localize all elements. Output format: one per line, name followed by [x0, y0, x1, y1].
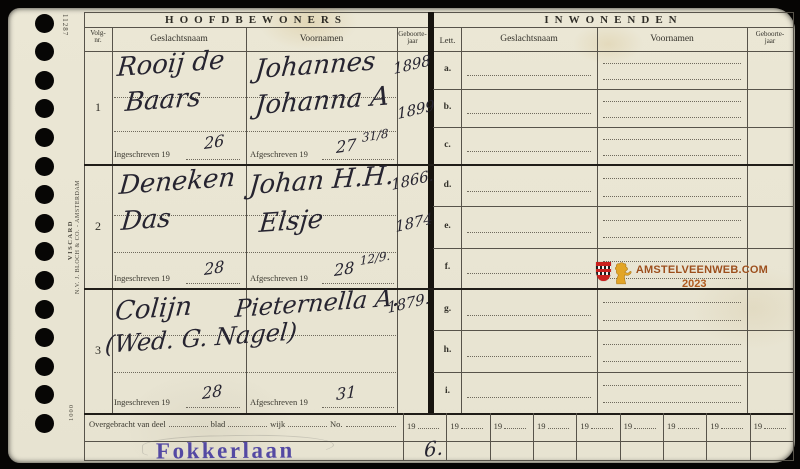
lett-label: i. — [434, 386, 461, 396]
header-volgnr-line2: nr. — [84, 37, 112, 44]
afgeschreven-value: 31 — [336, 384, 356, 403]
punch-hole — [35, 385, 54, 404]
firstnames-handwritten: Johanna A — [254, 83, 390, 119]
grid-line — [793, 12, 794, 461]
ingeschreven-label: Ingeschreven 19 — [114, 149, 170, 159]
volgnr-value: 2 — [86, 219, 110, 234]
punch-hole — [35, 328, 54, 347]
year-cell: 19 — [667, 417, 701, 431]
transfer-label-wijk: wijk — [270, 419, 285, 429]
voornamen-rule — [603, 344, 741, 345]
lett-label: e. — [434, 221, 461, 231]
header-volgnr: Volg- nr. — [84, 30, 112, 45]
punch-hole — [35, 271, 54, 290]
punch-hole — [35, 99, 54, 118]
card-brand: VISCARD — [67, 220, 74, 260]
voornamen-rule — [603, 302, 741, 303]
geslachtsnaam-rule — [467, 113, 591, 114]
year-prefix: 19 — [624, 421, 633, 431]
year-cell: 19 — [580, 417, 614, 431]
lett-label: a. — [434, 64, 461, 74]
year-cell-divider — [490, 413, 491, 460]
header-voornamen-left: Voornamen — [246, 35, 397, 45]
afgeschreven-date: 31/8 — [362, 127, 389, 144]
voornamen-rule — [603, 63, 741, 64]
birthyear-handwritten: 1898 — [393, 53, 431, 77]
voornamen-rule — [603, 385, 741, 386]
voornamen-rule — [603, 220, 741, 221]
grid-line — [597, 27, 598, 413]
year-dots — [764, 428, 786, 429]
ingeschreven-dots — [186, 283, 240, 284]
ingeschreven-value: 28 — [204, 259, 224, 278]
watermark: AMSTELVEENWEB.COM 2023 — [596, 258, 768, 294]
letter-row-separator — [433, 330, 793, 331]
year-cell-divider — [403, 413, 404, 460]
geslachtsnaam-rule — [467, 273, 591, 274]
section-title-hoofdbewoners: HOOFDBEWONERS — [84, 13, 428, 27]
afgeschreven-dots — [322, 159, 394, 160]
header-lett: Lett. — [434, 36, 461, 45]
voornamen-rule — [603, 320, 741, 321]
surname-handwritten: Colijn — [114, 293, 193, 325]
year-dots — [591, 428, 613, 429]
year-prefix: 19 — [667, 421, 676, 431]
year-dots — [461, 428, 483, 429]
year-prefix: 19 — [450, 421, 459, 431]
year-cell: 19 — [407, 417, 441, 431]
afgeschreven-value: 27 — [336, 137, 356, 156]
section-title-inwonenden: INWONENDEN — [434, 13, 793, 27]
voornamen-rule — [603, 79, 741, 80]
punch-hole — [35, 157, 54, 176]
transfer-line: Overgebracht van deel blad wijk No. — [89, 419, 399, 429]
name-rule — [114, 252, 396, 253]
year-prefix: 19 — [710, 421, 719, 431]
year-prefix: 19 — [407, 421, 416, 431]
firstnames-handwritten: Pieternella A. — [234, 285, 401, 321]
punch-hole — [35, 214, 54, 233]
surname-handwritten: Baars — [124, 84, 202, 116]
transfer-label-deel: Overgebracht van deel — [89, 419, 166, 429]
amstelveen-shield-icon — [596, 262, 611, 281]
year-cell: 19 — [450, 417, 484, 431]
year-dots — [418, 428, 440, 429]
stock-number: 1000 — [68, 404, 75, 421]
header-voornamen-right: Voornamen — [597, 35, 747, 45]
ingeschreven-dots — [186, 407, 240, 408]
grid-line — [747, 27, 748, 413]
lett-label: d. — [434, 180, 461, 190]
surname-handwritten: Rooij de — [116, 47, 226, 81]
year-dots — [721, 428, 743, 429]
header-geboortejaar-right: Geboorte- jaar — [747, 31, 793, 46]
ingeschreven-label: Ingeschreven 19 — [114, 273, 170, 283]
grid-line — [84, 12, 85, 460]
afgeschreven-dots — [322, 407, 394, 408]
punch-hole — [35, 128, 54, 147]
afgeschreven-date: 12/9. — [360, 250, 391, 267]
year-cell: 19 — [494, 417, 528, 431]
watermark-year: 2023 — [682, 278, 706, 290]
geslachtsnaam-rule — [467, 397, 591, 398]
header-geboortejaar-right-line2: jaar — [747, 38, 793, 45]
transfer-label-no: No. — [330, 419, 343, 429]
lett-label: g. — [434, 304, 461, 314]
geslachtsnaam-rule — [467, 75, 591, 76]
year-cell-divider — [663, 413, 664, 460]
firstnames-handwritten: Johannes — [254, 48, 377, 83]
geslachtsnaam-rule — [467, 315, 591, 316]
voornamen-rule — [603, 361, 741, 362]
lion-icon — [613, 260, 633, 286]
year-cell: 19 — [710, 417, 744, 431]
serial-number: 11287 — [61, 14, 69, 36]
year-dots — [634, 428, 656, 429]
voornamen-rule — [603, 117, 741, 118]
transfer-label-blad: blad — [211, 419, 226, 429]
letter-row-separator — [433, 372, 793, 373]
ingeschreven-value: 26 — [204, 133, 224, 152]
voornamen-rule — [603, 178, 741, 179]
voornamen-rule — [603, 155, 741, 156]
punch-hole — [35, 71, 54, 90]
voornamen-rule — [603, 196, 741, 197]
grid-line — [84, 12, 793, 13]
lett-label: h. — [434, 345, 461, 355]
lett-label: f. — [434, 262, 461, 272]
afgeschreven-label: Afgeschreven 19 — [250, 397, 308, 407]
firstnames-handwritten: Johan H.H. — [248, 163, 395, 199]
transfer-dots-3 — [288, 426, 327, 427]
punch-hole — [35, 42, 54, 61]
geslachtsnaam-rule — [467, 232, 591, 233]
name-rule — [114, 372, 396, 373]
header-geslachtsnaam-right: Geslachtsnaam — [461, 35, 597, 45]
grid-line — [461, 27, 462, 413]
afgeschreven-label: Afgeschreven 19 — [250, 273, 308, 283]
registration-card: 11287 VISCARD N.V. J. BLOCH & CO. - AMST… — [8, 8, 795, 463]
year-prefix: 19 — [494, 421, 503, 431]
ingeschreven-value: 28 — [202, 383, 222, 402]
letter-row-separator — [433, 127, 793, 128]
year-cell: 19 — [624, 417, 658, 431]
year-cell-divider — [446, 413, 447, 460]
grid-line — [246, 27, 247, 413]
letter-row-separator — [433, 89, 793, 90]
volgnr-value: 1 — [86, 100, 110, 115]
year-cell-divider — [750, 413, 751, 460]
afgeschreven-label: Afgeschreven 19 — [250, 149, 308, 159]
card-manufacturer: N.V. J. BLOCH & CO. - AMSTERDAM — [75, 180, 81, 294]
year-dots — [548, 428, 570, 429]
header-geslachtsnaam-left: Geslachtsnaam — [112, 35, 246, 45]
name-rule — [114, 131, 396, 132]
punch-hole — [35, 414, 54, 433]
transfer-dots-2 — [228, 426, 267, 427]
voornamen-rule — [603, 139, 741, 140]
year-prefix: 19 — [537, 421, 546, 431]
photo-background: 11287 VISCARD N.V. J. BLOCH & CO. - AMST… — [0, 0, 800, 469]
ingeschreven-dots — [186, 159, 240, 160]
punch-hole — [35, 357, 54, 376]
year-cell: 19 — [537, 417, 571, 431]
lett-label: c. — [434, 140, 461, 150]
year-dots — [504, 428, 526, 429]
voornamen-rule — [603, 237, 741, 238]
punch-hole — [35, 300, 54, 319]
house-number-handwritten: 6. — [424, 437, 443, 460]
firstnames-handwritten: Elsje — [258, 206, 324, 237]
year-prefix: 19 — [580, 421, 589, 431]
table-bottom-line — [84, 413, 793, 415]
letter-row-separator — [433, 248, 793, 249]
geslachtsnaam-rule — [467, 191, 591, 192]
header-geboortejaar-left-line2: jaar — [397, 38, 428, 45]
surname-handwritten: Deneken — [118, 165, 236, 199]
grid-line — [84, 27, 793, 28]
year-cell-divider — [576, 413, 577, 460]
voornamen-rule — [603, 101, 741, 102]
street-stamp: Fokkerlaan — [156, 438, 295, 465]
punch-hole — [35, 242, 54, 261]
punch-hole — [35, 14, 54, 33]
punch-hole — [35, 185, 54, 204]
header-geboortejaar-left: Geboorte- jaar — [397, 31, 428, 46]
year-prefix: 19 — [754, 421, 763, 431]
afgeschreven-value: 28 — [334, 260, 354, 279]
transfer-dots-4 — [346, 426, 396, 427]
year-cell-divider — [620, 413, 621, 460]
geslachtsnaam-rule — [467, 356, 591, 357]
transfer-dots-1 — [169, 426, 208, 427]
ingeschreven-label: Ingeschreven 19 — [114, 397, 170, 407]
letter-row-separator — [433, 206, 793, 207]
year-cell: 19 — [754, 417, 788, 431]
year-dots — [678, 428, 700, 429]
year-cell-divider — [533, 413, 534, 460]
watermark-site: AMSTELVEENWEB.COM — [636, 264, 768, 276]
lett-label: b. — [434, 102, 461, 112]
surname-handwritten: Das — [120, 205, 172, 235]
geslachtsnaam-rule — [467, 151, 591, 152]
voornamen-rule — [603, 402, 741, 403]
year-cell-divider — [706, 413, 707, 460]
